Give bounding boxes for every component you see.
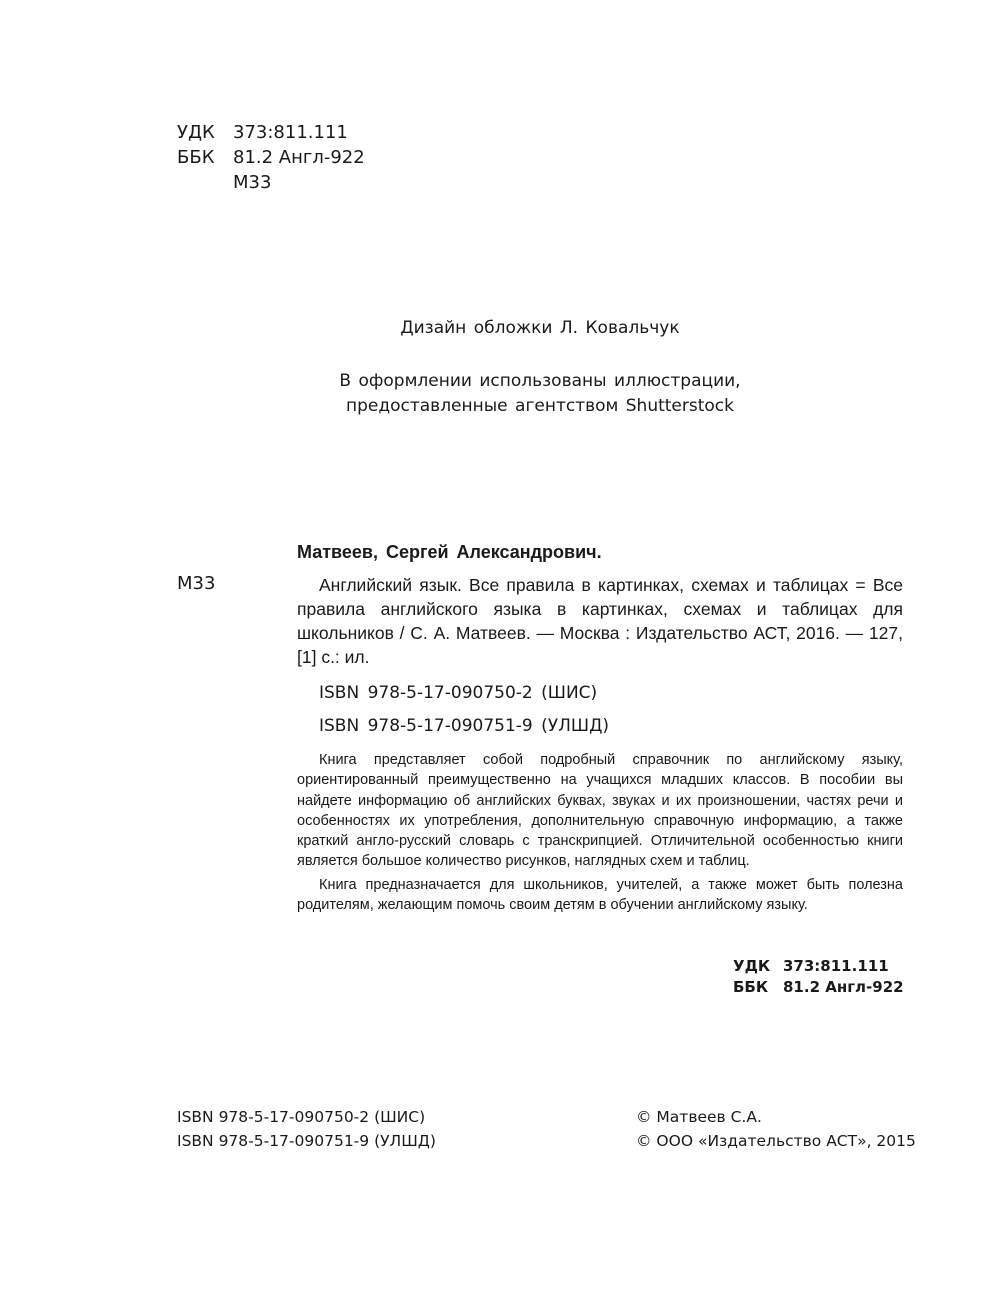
footer-isbn-1: ISBN 978-5-17-090750-2 (ШИС) <box>177 1105 436 1129</box>
bbk-value: 81.2 Англ-922 <box>233 145 365 170</box>
bottom-classification-block: УДК373:811.111 ББК81.2 Англ-922 <box>733 956 904 998</box>
udk-label: УДК <box>177 120 233 145</box>
bottom-bbk-value: 81.2 Англ-922 <box>783 977 904 998</box>
copyright-block: © Матвеев С.А. © ООО «Издательство АСТ»,… <box>636 1105 916 1153</box>
annotation-paragraph-1: Книга представляет собой подробный справ… <box>297 750 903 872</box>
bottom-udk-value: 373:811.111 <box>783 956 889 977</box>
annotation: Книга представляет собой подробный справ… <box>297 750 903 918</box>
bottom-bbk-label: ББК <box>733 977 783 998</box>
illustrations-line-2: предоставленные агентством Shutterstock <box>300 394 780 419</box>
illustrations-credit: В оформлении использованы иллюстрации, п… <box>300 369 780 419</box>
illustrations-line-1: В оформлении использованы иллюстрации, <box>300 369 780 394</box>
bbk-label: ББК <box>177 145 233 170</box>
udk-value: 373:811.111 <box>233 120 348 145</box>
classification-block: УДК373:811.111 ББК81.2 Англ-922 М33 <box>177 120 365 195</box>
annotation-paragraph-2: Книга предназначается для школьников, уч… <box>297 875 903 916</box>
bibliographic-description: Английский язык. Все правила в картинках… <box>297 573 903 669</box>
author-mark: М33 <box>233 170 271 195</box>
bottom-udk-label: УДК <box>733 956 783 977</box>
footer-isbn-block: ISBN 978-5-17-090750-2 (ШИС) ISBN 978-5-… <box>177 1105 436 1153</box>
copyright-publisher: © ООО «Издательство АСТ», 2015 <box>636 1129 916 1153</box>
record-isbn-2: ISBN 978-5-17-090751-9 (УЛШД) <box>319 716 609 736</box>
copyright-author: © Матвеев С.А. <box>636 1105 916 1129</box>
record-author-mark: М33 <box>177 573 215 594</box>
footer-isbn-2: ISBN 978-5-17-090751-9 (УЛШД) <box>177 1129 436 1153</box>
author-heading: Матвеев, Сергей Александрович. <box>297 542 602 563</box>
record-isbn-1: ISBN 978-5-17-090750-2 (ШИС) <box>319 683 597 703</box>
cover-design-credit: Дизайн обложки Л. Ковальчук <box>300 318 780 338</box>
